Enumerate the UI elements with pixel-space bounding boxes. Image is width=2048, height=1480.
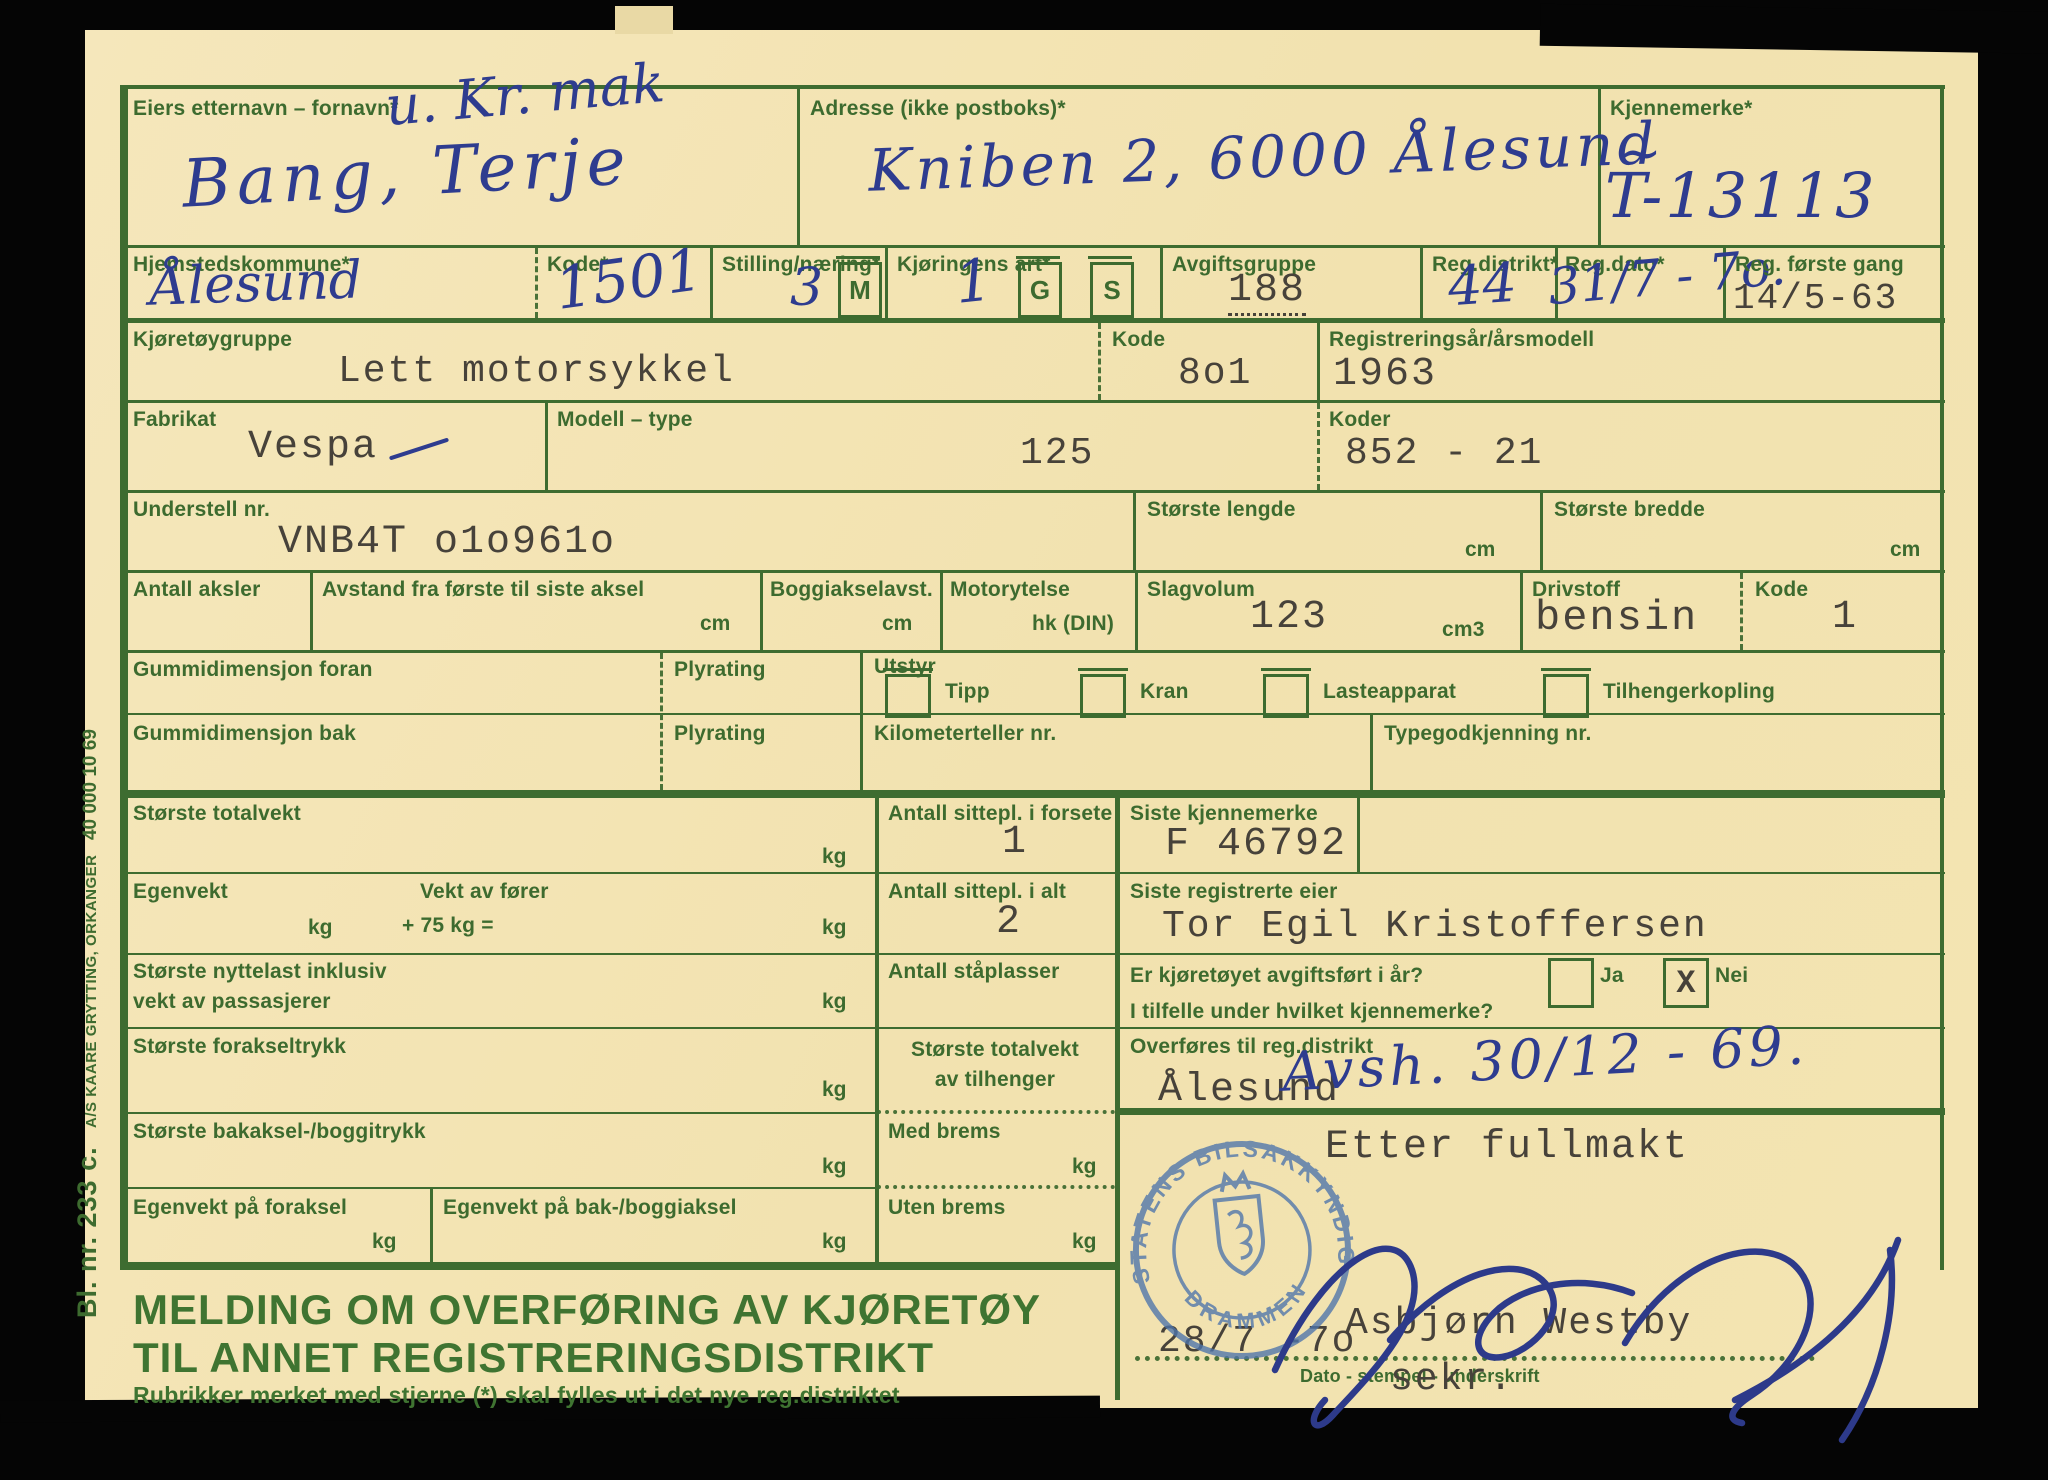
tipp-checkbox [885,674,931,718]
owner-name-label: Eiers etternavn – fornavn* [133,97,398,121]
tires-rear-label: Gummidimensjon bak [133,722,356,746]
length-label: Største lengde [1147,498,1296,522]
divider [120,713,1945,715]
last-owner-label: Siste registrerte eier [1130,880,1338,904]
divider [1115,796,1120,1400]
front-axle-load-label: Største forakseltrykk [133,1035,346,1059]
divider [120,318,1945,323]
nei-checkbox-checked: X [1663,958,1709,1008]
odometer-label: Kilometerteller nr. [874,722,1056,746]
divider [535,248,538,318]
first-reg-value-typed: 14/5-63 [1733,278,1898,319]
rear-axle-load-label: Største bakaksel-/boggitrykk [133,1120,426,1144]
rear-axle-load-unit: kg [822,1155,847,1179]
divider [710,248,713,318]
seats-total-label: Antall sittepl. i alt [888,880,1066,904]
divider [1135,573,1138,650]
power-unit-label: hk (DIN) [1032,612,1114,636]
payload-label-line1: Største nyttelast inklusiv [133,960,387,984]
divider [797,88,800,245]
bogie-label: Boggiakselavst. [770,578,933,602]
chassis-label: Understell nr. [133,498,270,522]
model-year-typed: 1963 [1333,352,1437,397]
kran-label: Kran [1140,680,1189,704]
plyrating-front-label: Plyrating [674,658,766,682]
displacement-typed: 123 [1250,595,1328,640]
checkbox-topline [836,256,880,259]
seats-front-typed: 1 [1002,820,1028,865]
seats-front-label: Antall sittepl. i forsete [888,802,1112,826]
displacement-unit-label: cm3 [1442,618,1485,642]
braked-label: Med brems [888,1120,1001,1144]
footer-subtitle: Rubrikker merket med stjerne (*) skal fy… [133,1382,900,1409]
divider [1520,573,1523,650]
last-owner-typed: Tor Egil Kristoffersen [1162,905,1708,948]
first-reg-label: Reg. første gang [1735,253,1904,277]
checkbox-topline [1261,668,1311,671]
axles-label: Antall aksler [133,578,261,602]
model-year-label: Registreringsår/årsmodell [1329,328,1594,352]
checkbox-topline [1078,668,1128,671]
footer-title-line1: MELDING OM OVERFØRING AV KJØRETØY [133,1286,1041,1334]
divider [1317,403,1320,490]
print-run: 40 000 10 69 [80,729,101,840]
type-approval-label: Typegodkjenning nr. [1384,722,1592,746]
footer-title-line2: TIL ANNET REGISTRERINGSDISTRIKT [133,1334,934,1382]
divider [940,573,943,650]
divider [1098,323,1101,400]
tax-group-value-typed: 188 [1228,268,1306,316]
form-number: Bl. nr. 233 c. [72,1146,102,1318]
make-typed: Vespa [248,425,378,470]
curb-weight-unit: kg [308,916,333,940]
nei-label: Nei [1715,964,1748,988]
total-weight-label: Største totalvekt [133,802,301,826]
table-left-border [120,85,128,1270]
seats-total-typed: 2 [996,900,1022,945]
checkbox-topline [1016,256,1060,259]
codes-typed: 852 - 21 [1345,432,1543,475]
divider [1317,323,1320,400]
lasteapparat-checkbox [1263,674,1309,718]
curb-rear-axle-label: Egenvekt på bak-/boggiaksel [443,1196,737,1220]
standing-label: Antall ståplasser [888,960,1059,984]
driving-s-letter: S [1103,275,1120,306]
checkbox-topline [883,668,933,671]
trailer-weight-label-line1: Største totalvekt [875,1038,1115,1062]
section-divider [120,790,1945,798]
occupation-m-letter: M [849,275,871,306]
driver-formula-label: + 75 kg = [402,914,494,938]
unbraked-unit: kg [1072,1230,1097,1254]
which-plate-question-label: I tilfelle under hvilket kjennemerke? [1130,1000,1493,1024]
codes-label: Koder [1329,408,1391,432]
form-number-sidebar: Bl. nr. 233 c. A/S KAARE GRYTTING, ORKAN… [72,528,103,1318]
occupation-handwritten: 3 [790,262,823,314]
authority-typed: Etter fullmakt [1325,1125,1689,1170]
make-label: Fabrikat [133,408,216,432]
fuel-typed: bensin [1535,594,1698,642]
checkbox-topline [1541,668,1591,671]
table-bottom-border [120,1262,1120,1270]
chassis-typed: VNB4T o1o961o [278,520,616,565]
scan-edge [1540,4,2048,54]
divider [120,1112,877,1114]
ja-checkbox [1548,958,1594,1008]
address-label: Adresse (ikke postboks)* [810,97,1066,121]
axle-distance-unit: cm [700,612,730,636]
divider [860,653,863,790]
last-plate-typed: F 46792 [1165,822,1347,867]
tipp-label: Tipp [945,680,990,704]
divider [120,570,1945,573]
reg-district-handwritten: 44 [1446,256,1518,315]
displacement-label: Slagvolum [1147,578,1255,602]
divider [1540,493,1543,570]
fuel-code-label: Kode [1755,578,1808,602]
divider [877,1185,1115,1189]
driving-g-letter: G [1030,275,1050,306]
divider [760,573,763,650]
ja-label: Ja [1600,964,1624,988]
plate-handwritten: T-13113 [1605,165,1878,227]
total-weight-unit: kg [822,845,847,869]
printer-credit: A/S KAARE GRYTTING, ORKANGER [83,855,100,1128]
divider [1420,248,1423,318]
divider [120,872,1945,874]
fuel-code-typed: 1 [1832,595,1858,640]
curb-rear-axle-unit: kg [822,1230,847,1254]
nei-check-x: X [1676,965,1695,1002]
divider [1740,573,1743,650]
driving-s-checkbox: S [1090,262,1134,318]
divider [885,248,888,318]
occupation-m-checkbox: M [838,262,882,318]
vehicle-group-typed: Lett motorsykkel [338,350,735,393]
curb-front-axle-label: Egenvekt på foraksel [133,1196,347,1220]
divider [430,1189,433,1262]
paper-tab [615,6,673,34]
curb-front-axle-unit: kg [372,1230,397,1254]
kran-checkbox [1080,674,1126,718]
lasteapparat-label: Lasteapparat [1323,680,1456,704]
divider [545,403,548,490]
power-label: Motorytelse [950,578,1070,602]
driving-g-checkbox: G [1018,262,1062,318]
model-typed: 125 [1020,432,1094,475]
checkbox-topline [1088,256,1132,259]
scanned-registration-form: Eiers etternavn – fornavn* u. Kr. mak Ba… [0,0,2048,1480]
driver-weight-label: Vekt av fører [420,880,549,904]
model-label: Modell – type [557,408,693,432]
payload-label-line2: vekt av passasjerer [133,990,331,1014]
divider [1160,248,1163,318]
table-right-border [1940,85,1944,1270]
unbraked-label: Uten brems [888,1196,1006,1220]
vehicle-group-label: Kjøretøygruppe [133,328,292,352]
divider [877,1110,1115,1114]
divider [1133,493,1136,570]
form-paper [85,30,1978,1408]
curb-total-unit: kg [822,916,847,940]
divider [120,400,1945,403]
divider [120,490,1945,493]
curb-weight-label: Egenvekt [133,880,228,904]
plate-label: Kjennemerke* [1610,97,1752,121]
trailer-weight-label-line2: av tilhenger [875,1068,1115,1092]
braked-unit: kg [1072,1155,1097,1179]
tax-question-label: Er kjøretøyet avgiftsført i år? [1130,964,1423,988]
signature-scrawl [1230,1205,1930,1455]
divider [120,953,1945,955]
width-unit: cm [1890,538,1920,562]
plyrating-rear-label: Plyrating [674,722,766,746]
municipality-handwritten: Ålesund [149,254,363,313]
payload-unit: kg [822,990,847,1014]
divider [310,573,313,650]
tilhengerkopling-label: Tilhengerkopling [1603,680,1775,704]
vehicle-group-code-label: Kode [1112,328,1165,352]
divider [1357,796,1360,872]
divider [120,650,1945,653]
driving-type-handwritten: 1 [952,250,995,312]
tires-front-label: Gummidimensjon foran [133,658,373,682]
width-label: Største bredde [1554,498,1705,522]
front-axle-load-unit: kg [822,1078,847,1102]
vehicle-group-code-typed: 8o1 [1178,352,1252,395]
divider [660,653,663,790]
bogie-unit: cm [882,612,912,636]
divider [1370,715,1373,790]
divider [875,796,879,1262]
divider [120,1187,877,1189]
axle-distance-label: Avstand fra første til siste aksel [322,578,644,602]
length-unit: cm [1465,538,1495,562]
tilhengerkopling-checkbox [1543,674,1589,718]
